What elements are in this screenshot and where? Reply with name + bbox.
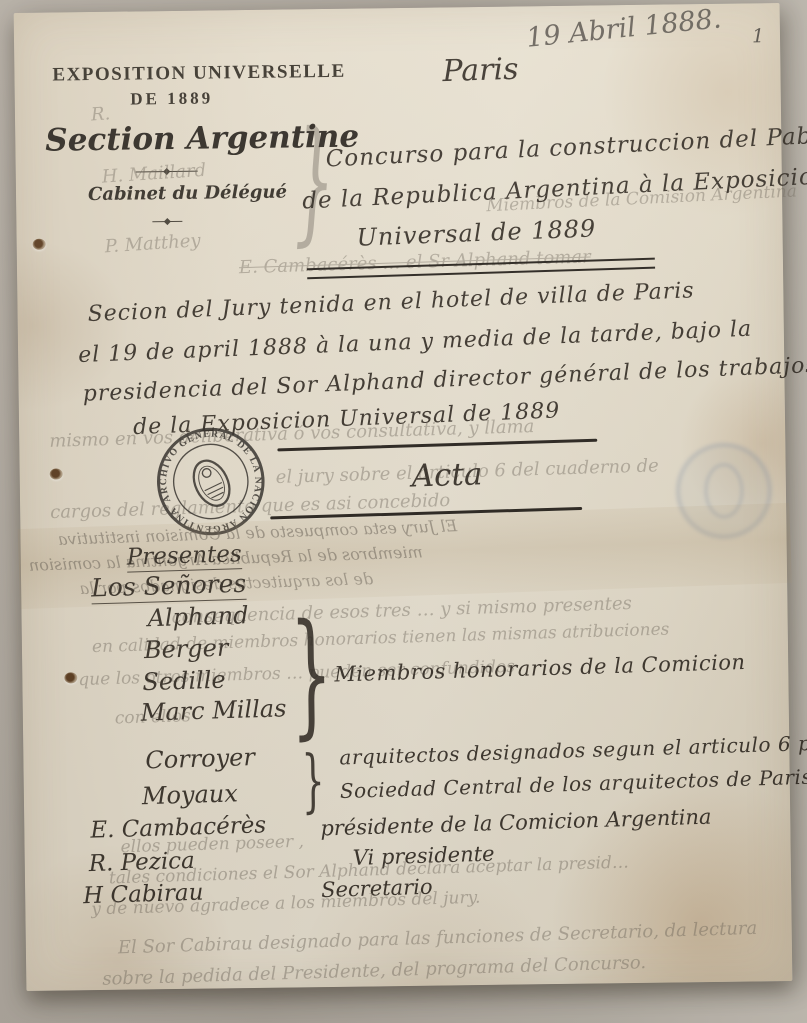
honorary-role: Miembros honorarios de la Comicion — [334, 650, 746, 687]
photo-background: 19 Abril 1888. 1 EXPOSITION UNIVERSELLE … — [0, 0, 807, 1023]
senores-label: Los Señores — [91, 569, 247, 603]
honorary-brace: } — [289, 595, 333, 753]
ghost-name: P. Matthey — [104, 230, 201, 257]
stamp-sun-icon — [201, 467, 212, 478]
pencil-brace: } — [293, 105, 336, 261]
presentes-label: Presentes — [126, 541, 242, 570]
honorary-name: Berger — [144, 634, 229, 665]
honorary-name: Marc Millas — [140, 694, 286, 726]
page-number: 1 — [752, 25, 764, 47]
official-role: présidente de la Comicion Argentina — [320, 805, 712, 841]
architects-role-line2: Sociedad Central de los arquitectos de P… — [340, 764, 807, 803]
title-line3: Universal de 1889 — [356, 214, 597, 251]
honorary-name: Alphand — [147, 601, 249, 632]
ghost-name: R. — [90, 103, 111, 125]
architects-role-line1: arquitectos designados segun el articulo… — [339, 729, 807, 769]
pencil-date: 19 Abril 1888. — [525, 3, 723, 53]
architects-brace: } — [301, 743, 325, 821]
punch-hole — [64, 672, 77, 683]
architect-name: Moyaux — [141, 779, 238, 810]
punch-hole — [33, 239, 46, 250]
letterhead-divider — [152, 221, 182, 222]
honorary-name: Sedille — [142, 666, 226, 697]
ghost-line: sobre la pedida del Presidente, del prog… — [102, 952, 646, 990]
punch-hole — [50, 468, 63, 479]
letterhead-line2: DE 1889 — [53, 87, 291, 110]
title-line1: Concurso para la construccion del Pabeli… — [325, 120, 807, 172]
architect-name: Corroyer — [145, 743, 255, 774]
city-heading: Paris — [442, 52, 519, 89]
ghost-line: ellos pueden poseer , — [120, 832, 304, 858]
document-page: 19 Abril 1888. 1 EXPOSITION UNIVERSELLE … — [14, 3, 793, 991]
acta-heading: Acta — [411, 456, 483, 494]
letterhead-line1: EXPOSITION UNIVERSELLE — [52, 61, 290, 86]
ghost-line: El Sor Cabirau designado para las funcio… — [118, 918, 758, 959]
body-line1: Secion del Jury tenida en el hotel de vi… — [87, 278, 695, 327]
